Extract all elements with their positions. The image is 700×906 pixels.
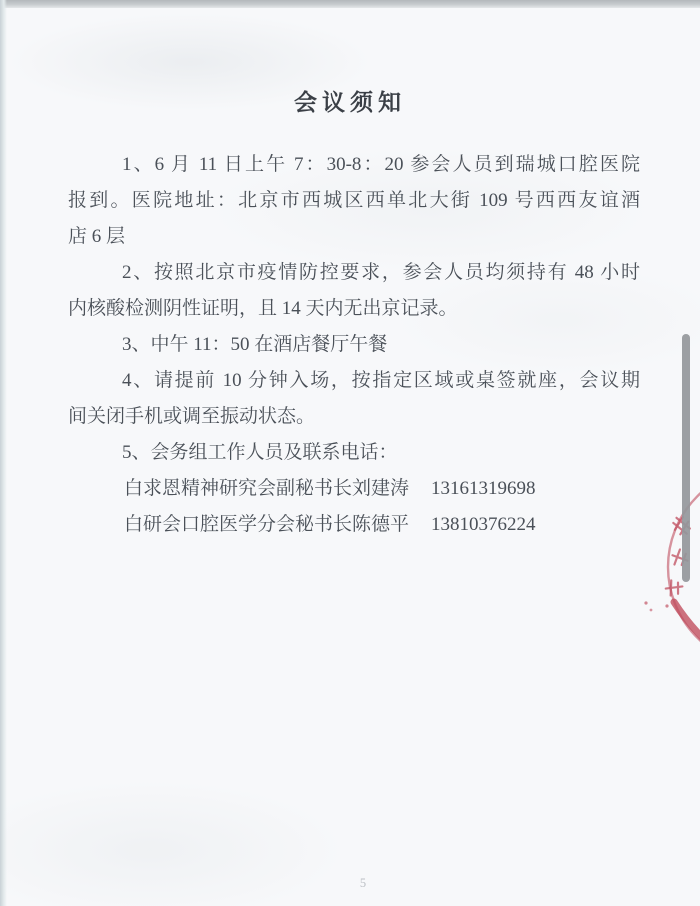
- scan-left-edge: [0, 0, 7, 906]
- page-number: 5: [0, 876, 700, 891]
- doc-line-contact-1: 白求恩精神研究会副秘书长刘建涛13161319698: [68, 471, 640, 507]
- doc-line-9: 5、会务组工作人员及联系电话：: [68, 435, 640, 471]
- document-body: 1、6 月 11 日上午 7：30-8：20 参会人员到瑞城口腔医院 报到。医院…: [68, 147, 640, 543]
- scan-top-edge: [0, 0, 700, 8]
- contact-phone: 13161319698: [431, 478, 536, 499]
- doc-line-2: 报到。医院地址：北京市西城区西单北大街 109 号西西友谊酒: [68, 183, 640, 219]
- doc-line-1: 1、6 月 11 日上午 7：30-8：20 参会人员到瑞城口腔医院: [68, 147, 640, 183]
- scanned-document-page: { "page": { "page_number": "5", "backgro…: [0, 0, 700, 906]
- doc-line-6: 3、中午 11：50 在酒店餐厅午餐: [68, 327, 640, 363]
- contact-phone: 13810376224: [431, 514, 536, 535]
- contact-name: 白求恩精神研究会副秘书长刘建涛: [124, 478, 409, 499]
- contact-name: 白研会口腔医学分会秘书长陈德平: [124, 514, 409, 535]
- doc-line-4: 2、按照北京市疫情防控要求，参会人员均须持有 48 小时: [68, 255, 640, 291]
- doc-line-7: 4、请提前 10 分钟入场，按指定区域或桌签就座，会议期: [68, 363, 640, 399]
- document-title: 会议须知: [0, 84, 700, 117]
- scrollbar-thumb[interactable]: [682, 334, 690, 582]
- doc-line-contact-2: 白研会口腔医学分会秘书长陈德平13810376224: [68, 507, 640, 543]
- doc-line-3: 店 6 层: [68, 219, 640, 255]
- doc-line-5: 内核酸检测阴性证明，且 14 天内无出京记录。: [68, 291, 640, 327]
- doc-line-8: 间关闭手机或调至振动状态。: [68, 399, 640, 435]
